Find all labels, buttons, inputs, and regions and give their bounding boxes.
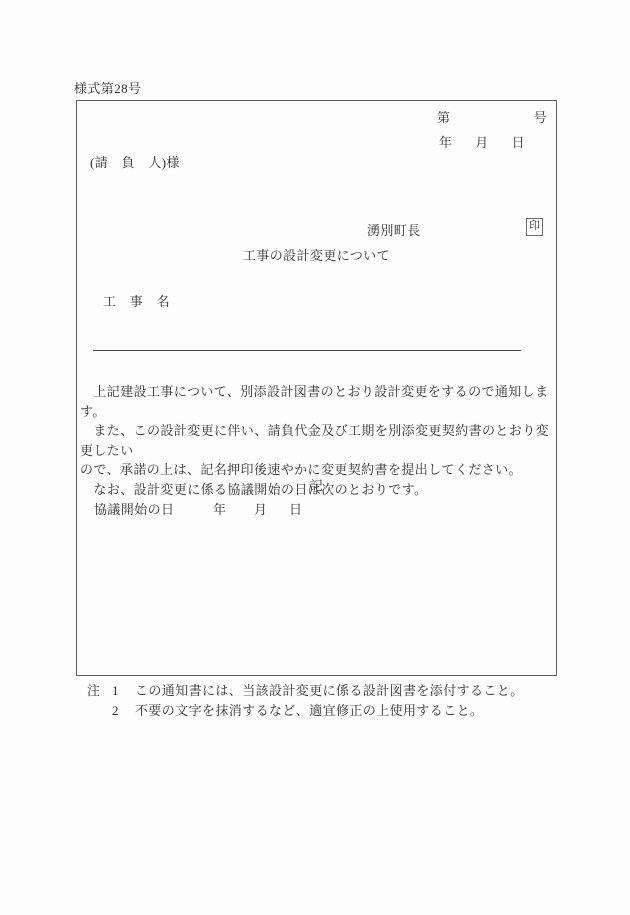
footnotes: 注 1 この通知書には、当該設計変更に係る設計図書を添付すること。 2 不要の文…	[87, 681, 524, 721]
consultation-month-label: 月	[254, 499, 267, 518]
consultation-year-label: 年	[213, 499, 226, 518]
addressee-line: (請 負 人)様	[90, 152, 180, 171]
project-name-label: 工 事 名	[103, 291, 170, 310]
note-text: この通知書には、当該設計変更に係る設計図書を添付すること。	[135, 681, 524, 701]
doc-number-prefix: 第	[437, 107, 450, 126]
note-label-spacer	[87, 701, 112, 721]
form-number-label: 様式第28号	[74, 78, 141, 97]
consultation-day-label: 日	[289, 499, 302, 518]
date-month-label: 月	[475, 132, 488, 151]
document-title: 工事の設計変更について	[77, 245, 556, 264]
consultation-label: 協議開始の日	[94, 499, 174, 518]
seal-mark: 印	[526, 218, 543, 236]
consultation-start-line: 協議開始の日 年 月 日	[77, 499, 556, 517]
date-day-label: 日	[512, 132, 525, 151]
footnote-item: 注 1 この通知書には、当該設計変更に係る設計図書を添付すること。	[87, 681, 524, 701]
body-line: 上記建設工事について、別添設計図書のとおり設計変更をするので通知します。	[80, 382, 554, 421]
date-year-label: 年	[439, 132, 452, 151]
project-name-blank-line	[93, 350, 521, 351]
note-text: 不要の文字を抹消するなど、適宜修正の上使用すること。	[135, 701, 483, 721]
note-number: 2	[112, 701, 135, 721]
footnote-item: 2 不要の文字を抹消するなど、適宜修正の上使用すること。	[87, 701, 524, 721]
body-line: また、この設計変更に伴い、請負代金及び工期を別添変更契約書のとおり変更したい	[80, 421, 554, 460]
note-label: 注	[87, 681, 112, 701]
doc-number-suffix: 号	[534, 107, 547, 126]
record-heading: 記	[77, 475, 556, 494]
date-line: 年 月 日	[439, 132, 525, 151]
document-page: 様式第28号 第 号 年 月 日 (請 負 人)様 湧別町長 印 工事の設計変更…	[0, 0, 630, 915]
document-number-line: 第 号	[437, 107, 547, 126]
notice-document-frame: 第 号 年 月 日 (請 負 人)様 湧別町長 印 工事の設計変更について 工 …	[76, 100, 557, 676]
sender-name: 湧別町長	[367, 220, 421, 239]
note-number: 1	[112, 681, 135, 701]
